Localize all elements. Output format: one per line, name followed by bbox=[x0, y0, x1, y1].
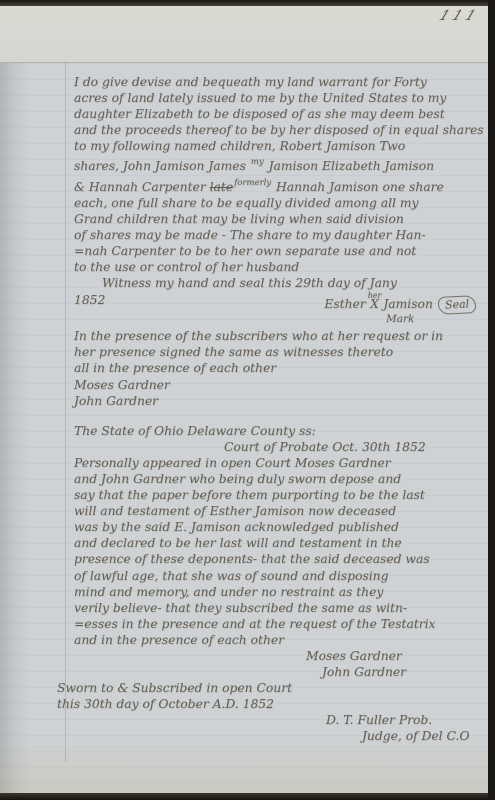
manuscript-line: acres of land lately issued to me by the… bbox=[74, 90, 480, 106]
line-text: Hannah Jamison one share bbox=[276, 180, 444, 194]
mark-label-mark: Mark bbox=[324, 314, 476, 325]
manuscript-line: and the proceeds thereof to be by her di… bbox=[74, 122, 480, 138]
manuscript-line: to my following named children, Robert J… bbox=[74, 138, 480, 154]
interlinear-insertion: my bbox=[251, 157, 264, 167]
probate-line: and John Gardner who being duly sworn de… bbox=[74, 471, 480, 487]
date-year: 1852 bbox=[74, 292, 105, 308]
manuscript-line: Grand children that may be living when s… bbox=[74, 211, 480, 227]
attestation-line: all in the presence of each other bbox=[74, 360, 480, 376]
page-number: 111 bbox=[437, 8, 482, 24]
book-edge-bottom bbox=[0, 793, 495, 800]
probate-line: was by the said E. Jamison acknowledged … bbox=[74, 519, 480, 535]
probate-line: verily believe- that they subscribed the… bbox=[74, 600, 480, 616]
judge-title: Judge, of Del C.O bbox=[362, 728, 480, 744]
sworn-clause-line: Sworn to & Subscribed in open Court bbox=[57, 680, 480, 696]
probate-heading: The State of Ohio Delaware County ss: bbox=[74, 423, 480, 439]
attestation-line: her presence signed the same as witnesse… bbox=[74, 344, 480, 360]
page-top-margin bbox=[0, 6, 488, 63]
manuscript-line: of shares may be made - The share to my … bbox=[74, 227, 480, 243]
attestation-line: In the presence of the subscribers who a… bbox=[74, 328, 480, 344]
her-mark-stack: herX bbox=[368, 292, 382, 310]
manuscript-line: I do give devise and bequeath my land wa… bbox=[74, 74, 480, 90]
probate-line: and in the presence of each other bbox=[74, 632, 480, 648]
probate-subheading: Court of Probate Oct. 30th 1852 bbox=[224, 439, 480, 455]
book-edge-top bbox=[0, 0, 495, 6]
manuscript-line: to the use or control of her husband bbox=[74, 259, 480, 275]
witness-signature: Moses Gardner bbox=[306, 648, 480, 664]
line-text: & Hannah Carpenter bbox=[74, 180, 206, 194]
manuscript-line: =nah Carpenter to be to her own separate… bbox=[74, 243, 480, 259]
signature-row: 1852 EstherherXJamisonSeal Mark bbox=[74, 292, 480, 324]
signature-given-name: Esther bbox=[324, 297, 365, 311]
manuscript-line-with-correction: & Hannah Carpenter lateformerly Hannah J… bbox=[74, 175, 480, 195]
probate-line: Personally appeared in open Court Moses … bbox=[74, 455, 480, 471]
probate-line: mind and memory, and under no restraint … bbox=[74, 584, 480, 600]
book-edge-right bbox=[488, 0, 495, 800]
probate-line: will and testament of Esther Jamison now… bbox=[74, 503, 480, 519]
probate-line: say that the paper before them purportin… bbox=[74, 487, 480, 503]
witness-signature: John Gardner bbox=[74, 393, 480, 409]
struck-word: late bbox=[210, 180, 233, 194]
probate-line: =esses in the presence and at the reques… bbox=[74, 616, 480, 632]
line-text: Jamison Elizabeth Jamison bbox=[269, 159, 434, 173]
witness-signature: John Gardner bbox=[322, 664, 480, 680]
line-text: shares, John Jamison James bbox=[74, 159, 246, 173]
left-margin-rule bbox=[65, 62, 66, 762]
probate-line: and declared to be her last will and tes… bbox=[74, 535, 480, 551]
probate-line: presence of these deponents- that the sa… bbox=[74, 551, 480, 567]
judge-signature: D. T. Fuller Prob. bbox=[326, 712, 480, 728]
witness-clause-line: Witness my hand and seal this 29th day o… bbox=[102, 275, 480, 291]
signature-surname: Jamison bbox=[383, 297, 433, 311]
manuscript-line-with-insertion: shares, John Jamison James my Jamison El… bbox=[74, 154, 480, 174]
seal-stamp: Seal bbox=[437, 295, 476, 315]
sworn-clause-line: this 30th day of October A.D. 1852 bbox=[57, 696, 480, 712]
testatrix-signature: EstherherXJamisonSeal Mark bbox=[324, 292, 476, 325]
signature-line: EstherherXJamisonSeal bbox=[324, 292, 476, 314]
interlinear-insertion: formerly bbox=[234, 178, 271, 188]
probate-line: of lawful age, that she was of sound and… bbox=[74, 568, 480, 584]
manuscript-body: I do give devise and bequeath my land wa… bbox=[74, 74, 480, 745]
ledger-page-scan: 111 I do give devise and bequeath my lan… bbox=[0, 0, 495, 800]
x-mark: X bbox=[368, 299, 382, 310]
manuscript-line: each, one full share to be equally divid… bbox=[74, 195, 480, 211]
witness-signature: Moses Gardner bbox=[74, 377, 480, 393]
manuscript-line: daughter Elizabeth to be disposed of as … bbox=[74, 106, 480, 122]
